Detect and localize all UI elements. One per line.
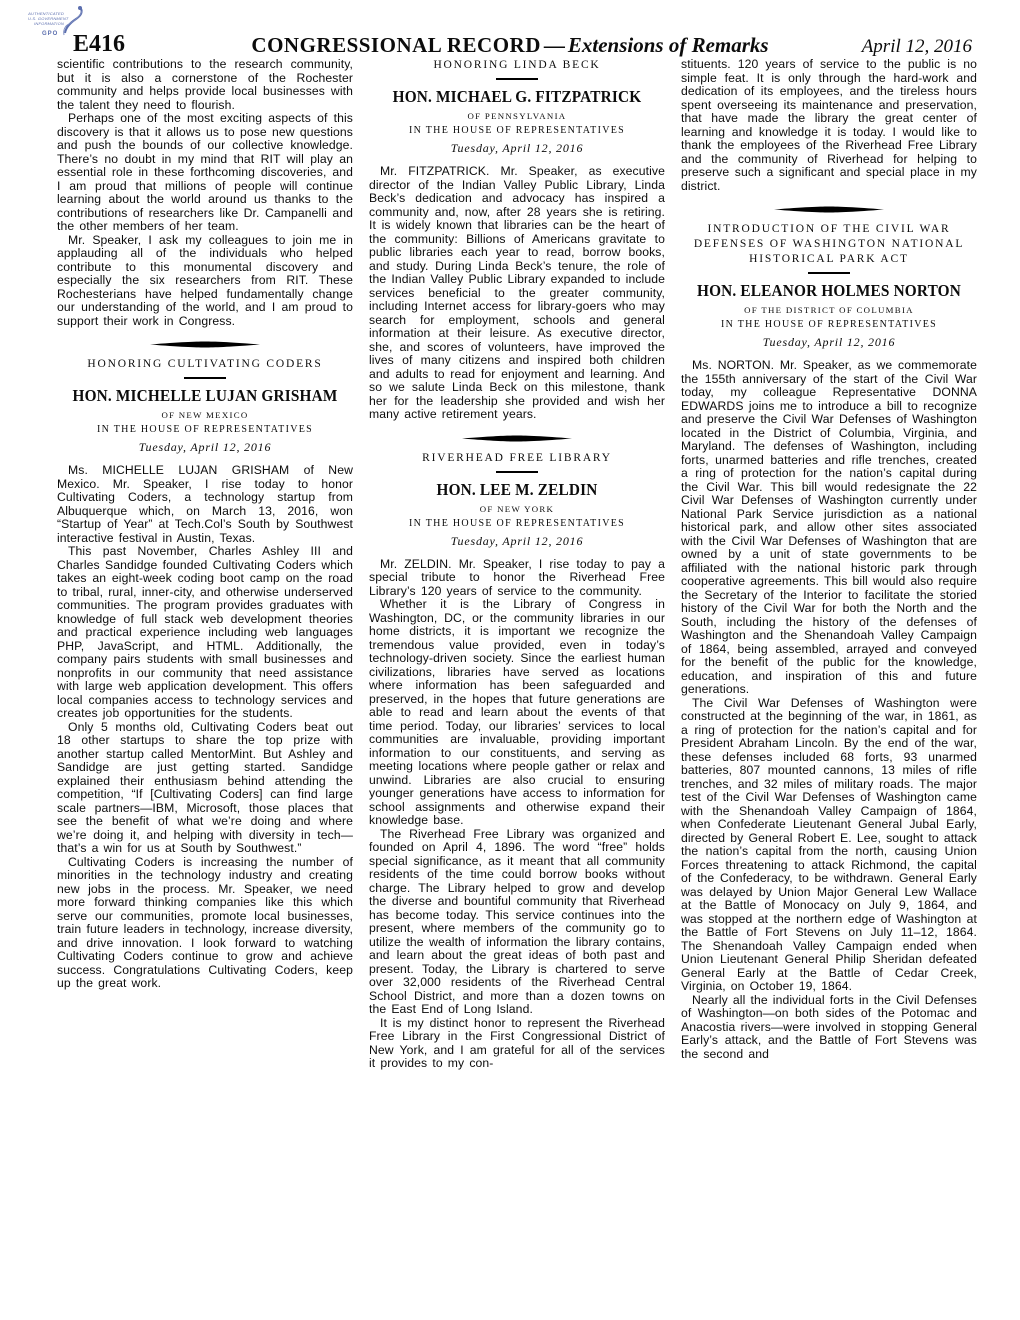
publication-name: CONGRESSIONAL RECORD bbox=[251, 33, 540, 57]
title-rule bbox=[808, 272, 850, 274]
title-rule bbox=[496, 471, 538, 473]
paragraph: Nearly all the individual forts in the C… bbox=[681, 994, 977, 1062]
paragraph: Only 5 months old, Cultivating Coders be… bbox=[57, 721, 353, 856]
section-title: HONORING LINDA BECK bbox=[375, 58, 659, 73]
chamber-line: IN THE HOUSE OF REPRESENTATIVES bbox=[681, 319, 977, 330]
column-3: stituents. 120 years of service to the p… bbox=[681, 58, 977, 1071]
paragraph: Ms. NORTON. Mr. Speaker, as we commemora… bbox=[681, 359, 977, 697]
speaker-name: HON. ELEANOR HOLMES NORTON bbox=[696, 281, 962, 300]
title-rule bbox=[184, 377, 226, 379]
section-title: RIVERHEAD FREE LIBRARY bbox=[375, 451, 659, 466]
chamber-line: IN THE HOUSE OF REPRESENTATIVES bbox=[57, 424, 353, 435]
section-divider-ornament bbox=[681, 206, 977, 213]
session-date: Tuesday, April 12, 2016 bbox=[369, 141, 665, 156]
member-state: OF NEW YORK bbox=[369, 504, 665, 514]
paragraph: Mr. FITZPATRICK. Mr. Speaker, as executi… bbox=[369, 165, 665, 422]
paragraph: The Civil War Defenses of Washington wer… bbox=[681, 697, 977, 994]
chamber-line: IN THE HOUSE OF REPRESENTATIVES bbox=[369, 518, 665, 529]
column-2: HONORING LINDA BECKHON. MICHAEL G. FITZP… bbox=[369, 58, 665, 1071]
congressional-record-page: { "page": { "number": "E416", "title_mai… bbox=[0, 0, 1020, 1320]
paragraph: Perhaps one of the most exciting aspects… bbox=[57, 112, 353, 234]
section-divider-ornament bbox=[57, 341, 353, 348]
speaker-name: HON. MICHAEL G. FITZPATRICK bbox=[384, 87, 650, 106]
title-rule bbox=[496, 78, 538, 80]
chamber-line: IN THE HOUSE OF REPRESENTATIVES bbox=[369, 125, 665, 136]
seal-text: AUTHENTICATED U.S. GOVERNMENT INFORMATIO… bbox=[28, 11, 64, 26]
member-state: OF NEW MEXICO bbox=[57, 410, 353, 420]
paragraph-continuation: stituents. 120 years of service to the p… bbox=[681, 58, 977, 193]
member-state: OF THE DISTRICT OF COLUMBIA bbox=[681, 305, 977, 315]
paragraph: Mr. Speaker, I ask my colleagues to join… bbox=[57, 234, 353, 329]
paragraph: It is my distinct honor to represent the… bbox=[369, 1017, 665, 1071]
paragraph: Ms. MICHELLE LUJAN GRISHAM of New Mexico… bbox=[57, 464, 353, 545]
page-header: E416 CONGRESSIONAL RECORD—Extensions of … bbox=[0, 26, 1020, 58]
paragraph: Mr. ZELDIN. Mr. Speaker, I rise today to… bbox=[369, 558, 665, 599]
session-date: Tuesday, April 12, 2016 bbox=[57, 440, 353, 455]
title-dash: — bbox=[541, 33, 568, 57]
member-state: OF PENNSYLVANIA bbox=[369, 111, 665, 121]
column-1: scientific contributions to the research… bbox=[57, 58, 353, 1071]
paragraph: This past November, Charles Ashley III a… bbox=[57, 545, 353, 721]
speaker-name: HON. LEE M. ZELDIN bbox=[384, 480, 650, 499]
paragraph-continuation: scientific contributions to the research… bbox=[57, 58, 353, 112]
paragraph: Cultivating Coders is increasing the num… bbox=[57, 856, 353, 991]
paragraph: Whether it is the Library of Congress in… bbox=[369, 598, 665, 828]
paragraph: The Riverhead Free Library was organized… bbox=[369, 828, 665, 1017]
speaker-name: HON. MICHELLE LUJAN GRISHAM bbox=[72, 386, 338, 405]
session-date: Tuesday, April 12, 2016 bbox=[369, 534, 665, 549]
section-title: INTRODUCTION OF THE CIVIL WAR DEFENSES O… bbox=[687, 222, 971, 267]
section-divider-ornament bbox=[369, 435, 665, 442]
session-date: Tuesday, April 12, 2016 bbox=[681, 335, 977, 350]
issue-date: April 12, 2016 bbox=[862, 36, 972, 58]
page-body-columns: scientific contributions to the research… bbox=[57, 58, 977, 1071]
section-title: HONORING CULTIVATING CODERS bbox=[63, 357, 347, 372]
publication-section: Extensions of Remarks bbox=[568, 33, 769, 57]
